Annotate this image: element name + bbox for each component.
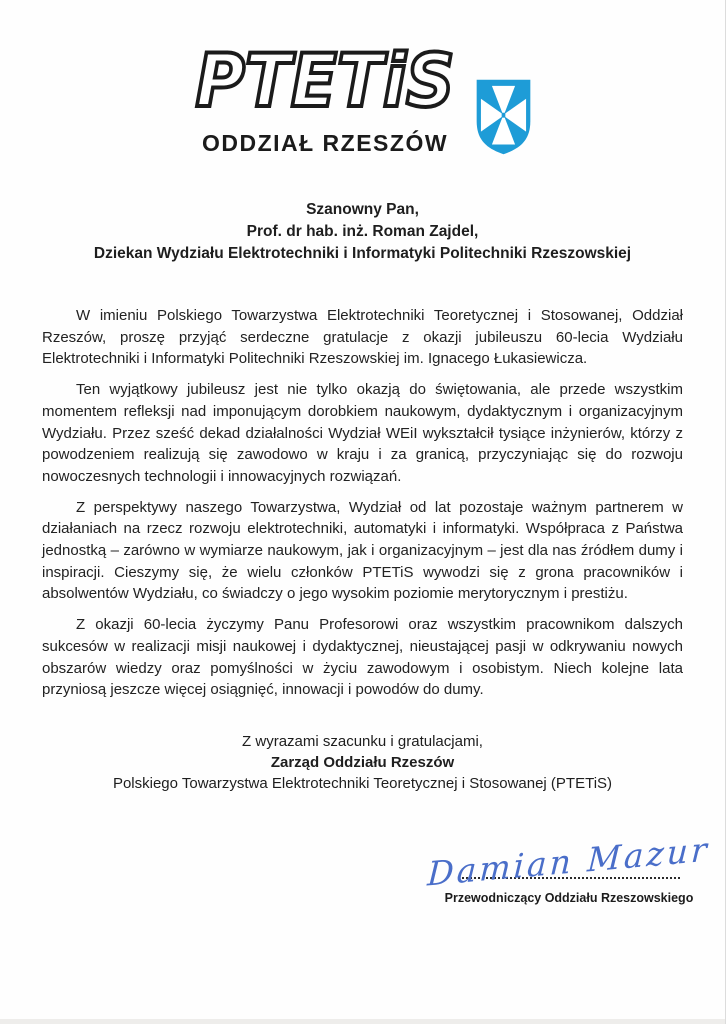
recipient-name: Prof. dr hab. inż. Roman Zajdel,	[0, 221, 725, 243]
rzeszow-shield-icon	[473, 77, 534, 157]
letter-page: PTETiS ODDZIAŁ RZESZÓW Szanowny Pan, Pro…	[0, 0, 726, 1024]
recipient-block: Szanowny Pan, Prof. dr hab. inż. Roman Z…	[0, 199, 725, 265]
paragraph-4: Z okazji 60-lecia życzymy Panu Profesoro…	[42, 614, 683, 701]
closing-board: Zarząd Oddziału Rzeszów	[0, 752, 725, 773]
closing-society: Polskiego Towarzystwa Elektrotechniki Te…	[0, 773, 725, 794]
ptetis-logo-text: PTETiS	[195, 39, 454, 124]
closing-block: Z wyrazami szacunku i gratulacjami, Zarz…	[0, 731, 725, 794]
recipient-role: Dziekan Wydziału Elektrotechniki i Infor…	[0, 243, 725, 265]
recipient-salutation: Szanowny Pan,	[0, 199, 725, 221]
logo-subtitle: ODDZIAŁ RZESZÓW	[202, 130, 448, 157]
handwritten-signature: Damian Mazur	[427, 829, 711, 893]
paragraph-3: Z perspektywy naszego Towarzystwa, Wydzi…	[42, 497, 683, 606]
logo-block: PTETiS ODDZIAŁ RZESZÓW	[191, 30, 459, 157]
signature-block: Damian Mazur Przewodniczący Oddziału Rze…	[449, 842, 689, 905]
ptetis-logo-icon: PTETiS	[191, 30, 459, 128]
paragraph-1: W imieniu Polskiego Towarzystwa Elektrot…	[42, 305, 683, 370]
paragraph-2: Ten wyjątkowy jubileusz jest nie tylko o…	[42, 379, 683, 488]
closing-salutation: Z wyrazami szacunku i gratulacjami,	[0, 731, 725, 752]
letter-body: W imieniu Polskiego Towarzystwa Elektrot…	[42, 305, 683, 701]
letterhead: PTETiS ODDZIAŁ RZESZÓW	[0, 30, 725, 157]
signature-title: Przewodniczący Oddziału Rzeszowskiego	[445, 891, 694, 905]
